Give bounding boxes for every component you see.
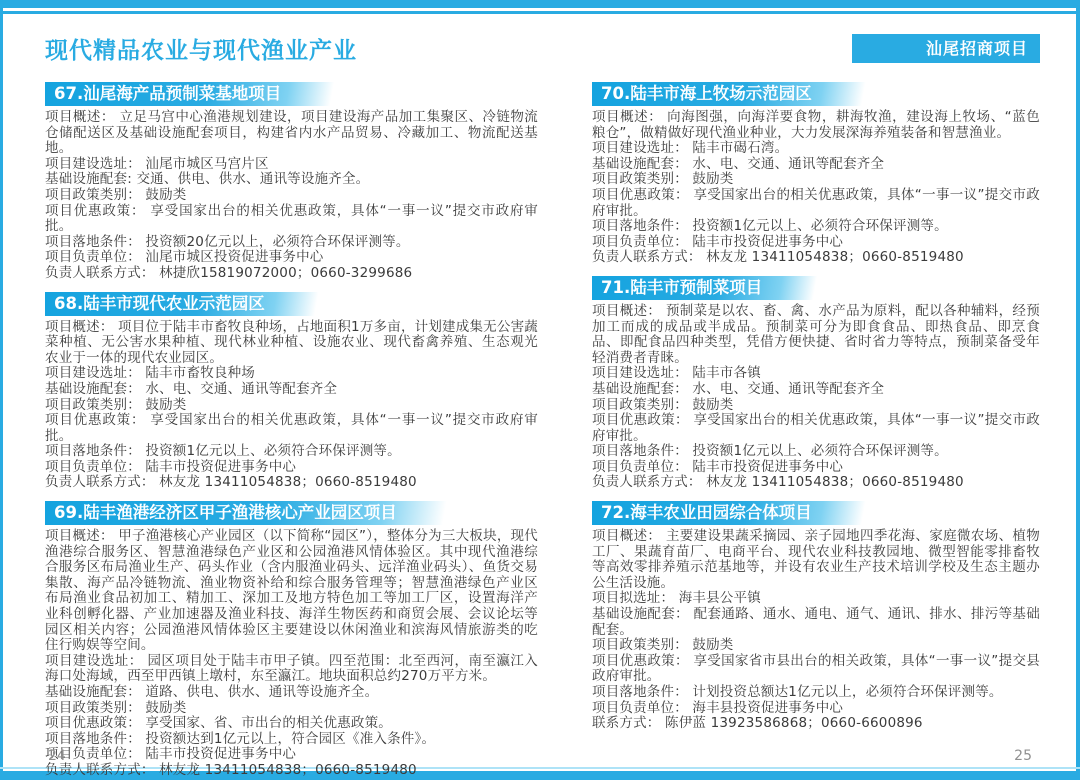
two-column-layout: 67.汕尾海产品预制菜基地项目 项目概述： 立足马宫中心渔港规划建设，项目建设海…	[45, 82, 1040, 779]
field-text: 汕尾市城区投资促进事务中心	[145, 249, 323, 265]
project-field-line: 项目优惠政策： 享受国家省市县出台的相关政策，具体“一事一议”提交县政府审批。	[592, 654, 1040, 685]
field-label: 基础设施配套：	[45, 381, 145, 397]
project-section-67: 67.汕尾海产品预制菜基地项目 项目概述： 立足马宫中心渔港规划建设，项目建设海…	[45, 82, 538, 282]
project-field-line: 项目落地条件： 投资额1亿元以上、必须符合环保评测等。	[592, 444, 1040, 460]
field-label: 项目负责单位：	[45, 249, 145, 265]
field-text: 汕尾市城区马宫片区	[145, 156, 268, 172]
field-label: 项目政策类别：	[45, 700, 145, 716]
field-text: 林友龙 13411054838；0660-8519480	[159, 474, 417, 490]
field-label: 负责人联系方式：	[45, 474, 159, 490]
project-field-line: 项目概述： 预制菜是以农、畜、禽、水产品为原料，配以各种辅料，经预加工而成的成品…	[592, 304, 1040, 366]
field-text: 林友龙 13411054838；0660-8519480	[706, 249, 964, 265]
page-border-right	[1076, 0, 1080, 780]
field-text: 水、电、交通、通讯等配套齐全	[145, 381, 337, 397]
field-label: 项目概述：	[45, 319, 118, 335]
field-label: 项目建设选址：	[45, 653, 147, 669]
field-text: 鼓励类	[145, 700, 186, 716]
field-text: 陆丰市投资促进事务中心	[145, 746, 296, 762]
field-text: 陆丰市投资促进事务中心	[692, 459, 843, 475]
project-section-68: 68.陆丰市现代农业示范园区 项目概述： 项目位于陆丰市畜牧良种场，占地面积1万…	[45, 292, 538, 492]
project-field-line: 项目建设选址： 陆丰市各镇	[592, 366, 1040, 382]
project-field-line: 基础设施配套: 交通、供电、供水、通讯等设施齐全。	[45, 172, 538, 188]
field-text: 海丰县投资促进事务中心	[692, 700, 843, 716]
right-column: 70.陆丰市海上牧场示范园区 项目概述： 向海图强，向海洋要食物，耕海牧渔，建设…	[592, 82, 1040, 779]
project-field-line: 项目政策类别： 鼓励类	[45, 398, 538, 414]
page-border-left	[0, 0, 3, 780]
field-label: 项目概述：	[592, 528, 666, 544]
field-label: 项目负责单位：	[592, 700, 692, 716]
project-field-line: 负责人联系方式： 林友龙 13411054838；0660-8519480	[592, 475, 1040, 491]
project-fields: 项目概述： 预制菜是以农、畜、禽、水产品为原料，配以各种辅料，经预加工而成的成品…	[592, 304, 1040, 491]
field-text: 陈伊蓝 13923586868；0660-6600896	[665, 715, 923, 731]
project-field-line: 项目政策类别： 鼓励类	[592, 172, 1040, 188]
field-label: 项目落地条件：	[592, 443, 692, 459]
field-text: 陆丰市畜牧良种场	[145, 365, 255, 381]
field-text: 陆丰市碣石湾。	[692, 140, 788, 156]
field-label: 项目政策类别：	[45, 187, 145, 203]
project-field-line: 基础设施配套： 配套通路、通水、通电、通气、通讯、排水、排污等基础配套。	[592, 607, 1040, 638]
project-title-bar: 71.陆丰市预制菜项目	[592, 276, 820, 300]
project-field-line: 项目概述： 向海图强，向海洋要食物，耕海牧渔，建设海上牧场、“蓝色粮仓”，做精做…	[592, 110, 1040, 141]
field-text: 海丰县公平镇	[679, 590, 761, 606]
project-field-line: 项目政策类别： 鼓励类	[592, 398, 1040, 414]
field-label: 项目概述：	[592, 109, 667, 125]
field-label: 项目优惠政策：	[592, 412, 693, 428]
field-label: 负责人联系方式：	[45, 265, 159, 281]
field-text: 甲子渔港核心产业园区（以下简称“园区”），整体分为三大板块，现代渔港综合服务区、…	[45, 528, 538, 653]
project-field-line: 项目落地条件： 投资额1亿元以上、必须符合环保评测等。	[592, 219, 1040, 235]
corner-badge: 汕尾招商项目	[852, 34, 1040, 63]
field-label: 项目优惠政策：	[592, 187, 693, 203]
field-label: 项目概述：	[592, 303, 666, 319]
left-column: 67.汕尾海产品预制菜基地项目 项目概述： 立足马宫中心渔港规划建设，项目建设海…	[45, 82, 538, 779]
field-text: 投资额1亿元以上、必须符合环保评测等。	[692, 443, 947, 459]
project-field-line: 项目落地条件： 投资额20亿元以上，必须符合环保评测等。	[45, 235, 538, 251]
project-fields: 项目概述： 立足马宫中心渔港规划建设，项目建设海产品加工集聚区、冷链物流仓储配送…	[45, 110, 538, 282]
page-border-top	[0, 0, 1080, 8]
project-field-line: 项目负责单位： 陆丰市投资促进事务中心	[592, 235, 1040, 251]
project-field-line: 项目政策类别： 鼓励类	[45, 188, 538, 204]
field-text: 项目位于陆丰市畜牧良种场，占地面积1万多亩，计划建成集无公害蔬菜种植、无公害水果…	[45, 319, 538, 366]
field-text: 投资额达到1亿元以上，符合园区《准入条件》。	[145, 731, 435, 747]
project-section-69: 69.陆丰渔港经济区甲子渔港核心产业园区项目 项目概述： 甲子渔港核心产业园区（…	[45, 501, 538, 779]
project-field-line: 项目概述： 立足马宫中心渔港规划建设，项目建设海产品加工集聚区、冷链物流仓储配送…	[45, 110, 538, 157]
field-label: 项目落地条件：	[45, 443, 145, 459]
project-field-line: 负责人联系方式： 林捷欣15819072000；0660-3299686	[45, 266, 538, 282]
project-section-70: 70.陆丰市海上牧场示范园区 项目概述： 向海图强，向海洋要食物，耕海牧渔，建设…	[592, 82, 1040, 266]
field-label: 项目政策类别：	[592, 171, 692, 187]
field-label: 项目负责单位：	[592, 234, 692, 250]
page-number-right: 25	[1014, 748, 1032, 764]
project-field-line: 项目政策类别： 鼓励类	[45, 701, 538, 717]
field-text: 鼓励类	[145, 397, 186, 413]
field-text: 投资额1亿元以上、必须符合环保评测等。	[692, 218, 947, 234]
field-text: 计划投资总额达1亿元以上，必须符合环保评测等。	[692, 684, 1002, 700]
field-label: 项目概述：	[45, 109, 120, 125]
field-label: 项目落地条件：	[592, 684, 692, 700]
field-text: 陆丰市各镇	[692, 365, 761, 381]
project-fields: 项目概述： 主要建设果蔬采摘园、亲子园地四季花海、家庭微农场、植物工厂、果蔬育苗…	[592, 529, 1040, 732]
project-field-line: 项目负责单位： 陆丰市投资促进事务中心	[45, 747, 538, 763]
project-title-bar: 67.汕尾海产品预制菜基地项目	[45, 82, 339, 106]
field-text: 享受国家、省、市出台的相关优惠政策。	[145, 715, 392, 731]
project-field-line: 项目优惠政策： 享受国家出台的相关优惠政策，具体“一事一议”提交市政府审批。	[592, 188, 1040, 219]
field-label: 负责人联系方式：	[592, 474, 706, 490]
field-text: 林捷欣15819072000；0660-3299686	[159, 265, 412, 281]
project-field-line: 负责人联系方式： 林友龙 13411054838；0660-8519480	[45, 763, 538, 779]
project-field-line: 项目落地条件： 计划投资总额达1亿元以上，必须符合环保评测等。	[592, 685, 1040, 701]
field-label: 项目优惠政策：	[592, 653, 693, 669]
project-field-line: 负责人联系方式： 林友龙 13411054838；0660-8519480	[592, 250, 1040, 266]
field-label: 项目政策类别：	[45, 397, 145, 413]
project-field-line: 基础设施配套： 道路、供电、供水、通讯等设施齐全。	[45, 685, 538, 701]
field-text: 道路、供电、供水、通讯等设施齐全。	[145, 684, 378, 700]
project-field-line: 项目落地条件： 投资额1亿元以上、必须符合环保评测等。	[45, 444, 538, 460]
page-title: 现代精品农业与现代渔业产业	[45, 36, 357, 66]
field-text: 鼓励类	[692, 171, 733, 187]
field-label: 项目负责单位：	[45, 459, 145, 475]
project-field-line: 项目政策类别： 鼓励类	[592, 638, 1040, 654]
field-label: 项目拟选址：	[592, 590, 679, 606]
project-field-line: 项目建设选址： 陆丰市碣石湾。	[592, 141, 1040, 157]
field-text: 鼓励类	[145, 187, 186, 203]
field-label: 项目建设选址：	[592, 140, 692, 156]
project-field-line: 项目优惠政策： 享受国家出台的相关优惠政策，具体“一事一议”提交市政府审批。	[592, 413, 1040, 444]
field-text: 水、电、交通、通讯等配套齐全	[692, 156, 884, 172]
field-label: 项目政策类别：	[592, 637, 692, 653]
field-text: 交通、供电、供水、通讯等设施齐全。	[136, 171, 369, 187]
field-label: 项目概述：	[45, 528, 118, 544]
project-fields: 项目概述： 甲子渔港核心产业园区（以下简称“园区”），整体分为三大板块，现代渔港…	[45, 529, 538, 779]
field-text: 立足马宫中心渔港规划建设，项目建设海产品加工集聚区、冷链物流仓储配送区及基础设施…	[45, 109, 538, 156]
field-label: 负责人联系方式：	[592, 249, 706, 265]
project-field-line: 项目优惠政策： 享受国家、省、市出台的相关优惠政策。	[45, 716, 538, 732]
field-text: 水、电、交通、通讯等配套齐全	[692, 381, 884, 397]
page-number-left: 24	[48, 748, 66, 764]
project-field-line: 项目概述： 主要建设果蔬采摘园、亲子园地四季花海、家庭微农场、植物工厂、果蔬育苗…	[592, 529, 1040, 591]
project-field-line: 项目概述： 甲子渔港核心产业园区（以下简称“园区”），整体分为三大板块，现代渔港…	[45, 529, 538, 654]
project-field-line: 基础设施配套： 水、电、交通、通讯等配套齐全	[592, 382, 1040, 398]
project-field-line: 联系方式： 陈伊蓝 13923586868；0660-6600896	[592, 716, 1040, 732]
project-field-line: 项目负责单位： 海丰县投资促进事务中心	[592, 701, 1040, 717]
field-text: 投资额1亿元以上、必须符合环保评测等。	[145, 443, 400, 459]
field-text: 鼓励类	[692, 637, 733, 653]
field-text: 林友龙 13411054838；0660-8519480	[706, 474, 964, 490]
field-label: 项目政策类别：	[592, 397, 692, 413]
page-header: 现代精品农业与现代渔业产业 汕尾招商项目	[45, 30, 1040, 66]
field-text: 陆丰市投资促进事务中心	[145, 459, 296, 475]
project-field-line: 项目建设选址： 陆丰市畜牧良种场	[45, 366, 538, 382]
field-label: 负责人联系方式：	[45, 762, 159, 778]
field-label: 项目建设选址：	[592, 365, 692, 381]
field-label: 项目建设选址：	[45, 156, 145, 172]
field-label: 基础设施配套：	[45, 684, 145, 700]
field-text: 林友龙 13411054838；0660-8519480	[159, 762, 417, 778]
field-label: 基础设施配套：	[592, 156, 692, 172]
field-label: 项目落地条件：	[45, 234, 145, 250]
page-border-top-accent-line	[0, 11, 1080, 14]
field-label: 基础设施配套：	[592, 381, 692, 397]
field-label: 项目落地条件：	[45, 731, 145, 747]
project-field-line: 项目优惠政策： 享受国家出台的相关优惠政策，具体“一事一议”提交市政府审批。	[45, 204, 538, 235]
project-field-line: 项目负责单位： 汕尾市城区投资促进事务中心	[45, 250, 538, 266]
project-fields: 项目概述： 项目位于陆丰市畜牧良种场，占地面积1万多亩，计划建成集无公害蔬菜种植…	[45, 320, 538, 492]
field-label: 项目负责单位：	[592, 459, 692, 475]
field-label: 项目建设选址：	[45, 365, 145, 381]
project-title-bar: 68.陆丰市现代农业示范园区	[45, 292, 323, 316]
project-field-line: 负责人联系方式： 林友龙 13411054838；0660-8519480	[45, 475, 538, 491]
project-field-line: 项目拟选址： 海丰县公平镇	[592, 591, 1040, 607]
project-section-72: 72.海丰农业田园综合体项目 项目概述： 主要建设果蔬采摘园、亲子园地四季花海、…	[592, 501, 1040, 732]
project-field-line: 基础设施配套： 水、电、交通、通讯等配套齐全	[45, 382, 538, 398]
field-label: 联系方式：	[592, 715, 665, 731]
project-title-bar: 72.海丰农业田园综合体项目	[592, 501, 870, 525]
project-title-bar: 70.陆丰市海上牧场示范园区	[592, 82, 870, 106]
page-content: 现代精品农业与现代渔业产业 汕尾招商项目 67.汕尾海产品预制菜基地项目 项目概…	[45, 30, 1040, 779]
project-field-line: 项目概述： 项目位于陆丰市畜牧良种场，占地面积1万多亩，计划建成集无公害蔬菜种植…	[45, 320, 538, 367]
project-fields: 项目概述： 向海图强，向海洋要食物，耕海牧渔，建设海上牧场、“蓝色粮仓”，做精做…	[592, 110, 1040, 266]
field-label: 项目落地条件：	[592, 218, 692, 234]
field-text: 投资额20亿元以上，必须符合环保评测等。	[145, 234, 409, 250]
field-text: 鼓励类	[692, 397, 733, 413]
field-label: 基础设施配套:	[45, 171, 136, 187]
field-label: 项目优惠政策：	[45, 412, 150, 428]
field-label: 项目优惠政策：	[45, 203, 150, 219]
project-field-line: 项目优惠政策： 享受国家出台的相关优惠政策，具体“一事一议”提交市政府审批。	[45, 413, 538, 444]
project-field-line: 项目建设选址： 园区项目处于陆丰市甲子镇。四至范围：北至西河，南至瀛江入海口处海…	[45, 654, 538, 685]
project-section-71: 71.陆丰市预制菜项目 项目概述： 预制菜是以农、畜、禽、水产品为原料，配以各种…	[592, 276, 1040, 491]
field-text: 陆丰市投资促进事务中心	[692, 234, 843, 250]
project-title-bar: 69.陆丰渔港经济区甲子渔港核心产业园区项目	[45, 501, 455, 525]
field-label: 项目优惠政策：	[45, 715, 145, 731]
field-label: 基础设施配套：	[592, 606, 694, 622]
